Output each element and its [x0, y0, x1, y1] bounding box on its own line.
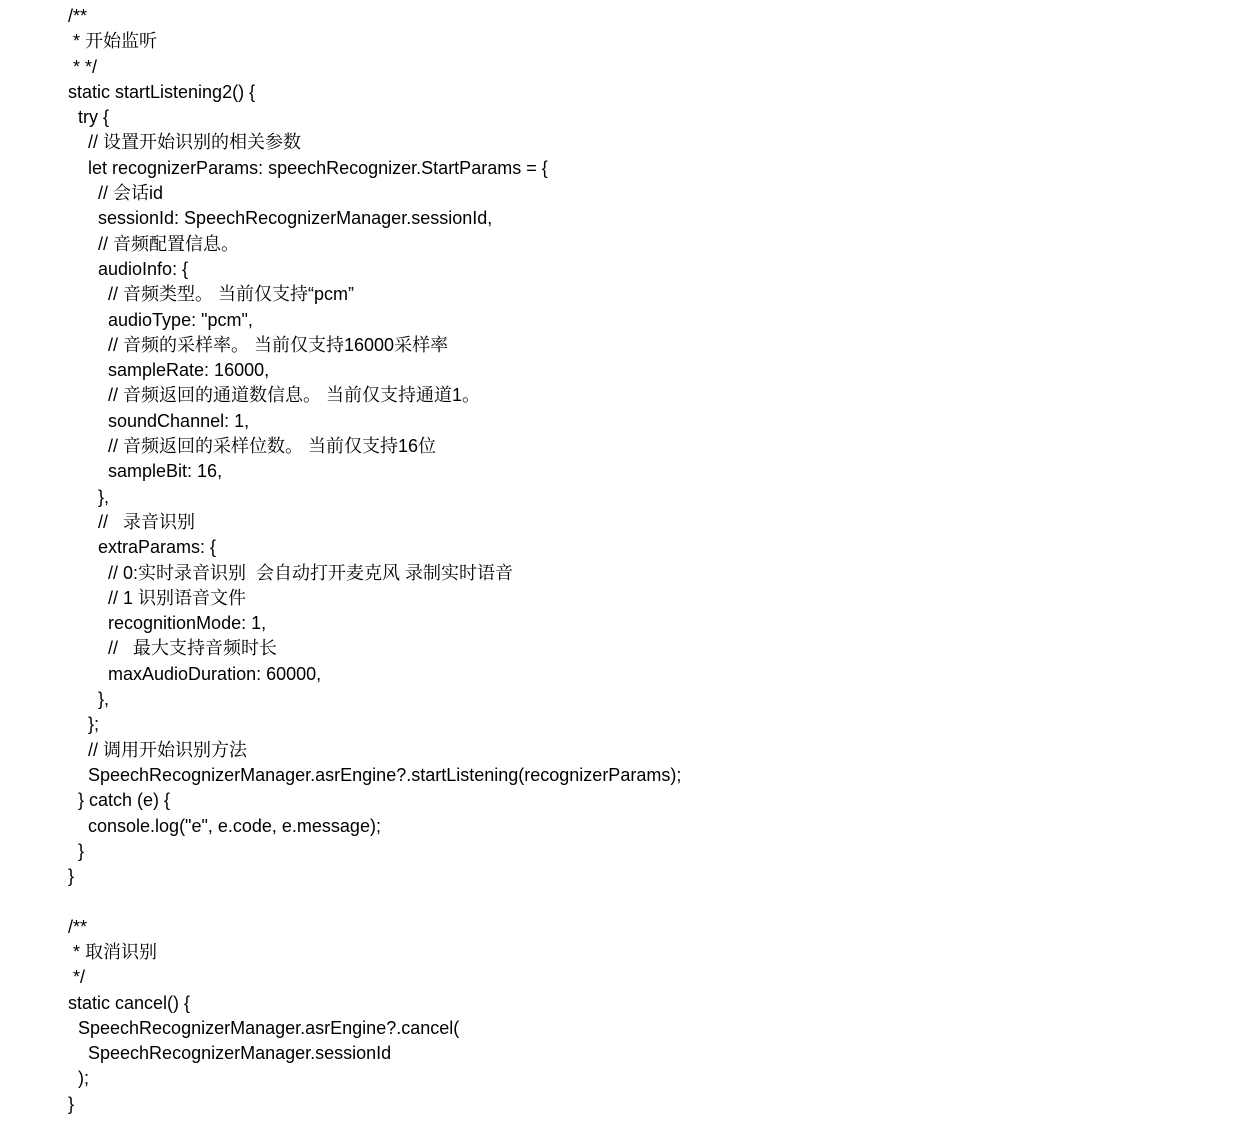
code-line: * 开始监听	[68, 29, 681, 54]
code-document: /** * 开始监听 * */static startListening2() …	[0, 0, 1240, 1130]
code-line: * 取消识别	[68, 940, 681, 965]
code-line: static cancel() {	[68, 991, 681, 1016]
code-line: // 音频返回的通道数信息。 当前仅支持通道1。	[68, 383, 681, 408]
code-line: let recognizerParams: speechRecognizer.S…	[68, 156, 681, 181]
code-line: sampleRate: 16000,	[68, 358, 681, 383]
code-line: // 录音识别	[68, 510, 681, 535]
code-line: SpeechRecognizerManager.asrEngine?.cance…	[68, 1016, 681, 1041]
code-line: recognitionMode: 1,	[68, 611, 681, 636]
code-line: /**	[68, 4, 681, 29]
code-line: // 最大支持音频时长	[68, 636, 681, 661]
code-line: /**	[68, 915, 681, 940]
code-line: }	[68, 1092, 681, 1117]
code-line: sampleBit: 16,	[68, 459, 681, 484]
code-line: extraParams: {	[68, 535, 681, 560]
code-line: );	[68, 1066, 681, 1091]
code-line: }	[68, 839, 681, 864]
code-line: try {	[68, 105, 681, 130]
code-line: */	[68, 965, 681, 990]
code-line: },	[68, 687, 681, 712]
code-line: // 音频类型。 当前仅支持“pcm”	[68, 282, 681, 307]
code-line: audioInfo: {	[68, 257, 681, 282]
code-line	[68, 889, 681, 914]
code-line: }	[68, 864, 681, 889]
code-line: // 0:实时录音识别 会自动打开麦克风 录制实时语音	[68, 561, 681, 586]
code-line: maxAudioDuration: 60000,	[68, 662, 681, 687]
code-line: audioType: "pcm",	[68, 308, 681, 333]
code-line: // 1 识别语音文件	[68, 586, 681, 611]
code-block: /** * 开始监听 * */static startListening2() …	[68, 4, 681, 1117]
code-line: // 设置开始识别的相关参数	[68, 130, 681, 155]
code-line: static startListening2() {	[68, 80, 681, 105]
code-line: // 会话id	[68, 181, 681, 206]
code-line: // 音频返回的采样位数。 当前仅支持16位	[68, 434, 681, 459]
code-line: * */	[68, 55, 681, 80]
code-line: // 调用开始识别方法	[68, 738, 681, 763]
code-line: // 音频的采样率。 当前仅支持16000采样率	[68, 333, 681, 358]
code-line: console.log("e", e.code, e.message);	[68, 814, 681, 839]
code-line: soundChannel: 1,	[68, 409, 681, 434]
code-line: // 音频配置信息。	[68, 232, 681, 257]
code-line: };	[68, 712, 681, 737]
code-line: SpeechRecognizerManager.asrEngine?.start…	[68, 763, 681, 788]
code-line: SpeechRecognizerManager.sessionId	[68, 1041, 681, 1066]
code-line: },	[68, 485, 681, 510]
code-line: sessionId: SpeechRecognizerManager.sessi…	[68, 206, 681, 231]
code-line: } catch (e) {	[68, 788, 681, 813]
